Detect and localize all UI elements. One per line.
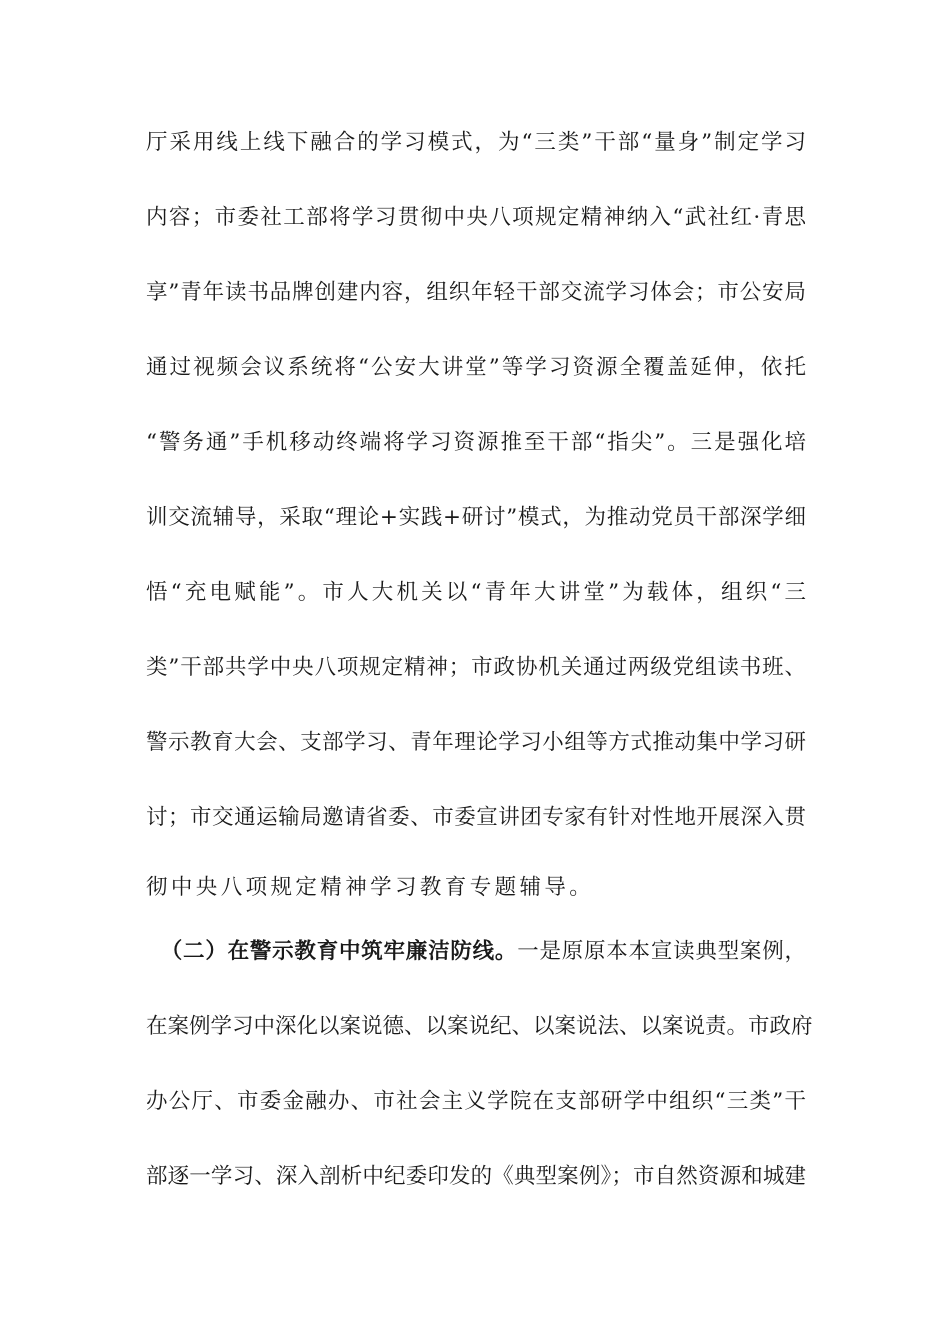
paragraph-1-line-10: 讨；市交通运输局邀请省委、市委宣讲团专家有针对性地开展深入贯 [146,803,806,833]
paragraph-1-line-8: 类”干部共学中央八项规定精神；市政协机关通过两级党组读书班、 [146,653,806,683]
paragraph-1-line-2: 内容；市委社工部将学习贯彻中央八项规定精神纳入“武社红·青思 [146,203,806,233]
paragraph-1-line-7: 悟“充电赋能”。市人大机关以“青年大讲堂”为载体，组织“三 [146,578,806,608]
paragraph-1-line-11: 彻中央八项规定精神学习教育专题辅导。 [146,873,806,903]
paragraph-2-line-4: 部逐一学习、深入剖析中纪委印发的《典型案例》；市自然资源和城建 [146,1162,806,1192]
paragraph-1-line-1: 厅采用线上线下融合的学习模式，为“三类”干部“量身”制定学习 [146,128,806,158]
paragraph-1-line-9: 警示教育大会、支部学习、青年理论学习小组等方式推动集中学习研 [146,728,806,758]
paragraph-1-line-5: “警务通”手机移动终端将学习资源推至干部“指尖”。三是强化培 [146,428,806,458]
paragraph-1-line-4: 通过视频会议系统将“公安大讲堂”等学习资源全覆盖延伸，依托 [146,353,806,383]
section-heading-continuation: 一是原原本本宣读典型案例， [517,939,806,964]
paragraph-2-line-3: 办公厅、市委金融办、市社会主义学院在支部研学中组织“三类”干 [146,1087,806,1117]
paragraph-2-line-2: 在案例学习中深化以案说德、以案说纪、以案说法、以案说责。市政府 [146,1012,806,1042]
section-heading-line: （二）在警示教育中筑牢廉洁防线。一是原原本本宣读典型案例， [146,937,806,967]
paragraph-1-line-3: 享”青年读书品牌创建内容，组织年轻干部交流学习体会；市公安局 [146,278,806,308]
section-heading: （二）在警示教育中筑牢廉洁防线。 [160,939,517,964]
document-page: 厅采用线上线下融合的学习模式，为“三类”干部“量身”制定学习 内容；市委社工部将… [0,0,950,1344]
paragraph-1-line-6: 训交流辅导，采取“理论+实践+研讨”模式，为推动党员干部深学细 [146,503,806,533]
